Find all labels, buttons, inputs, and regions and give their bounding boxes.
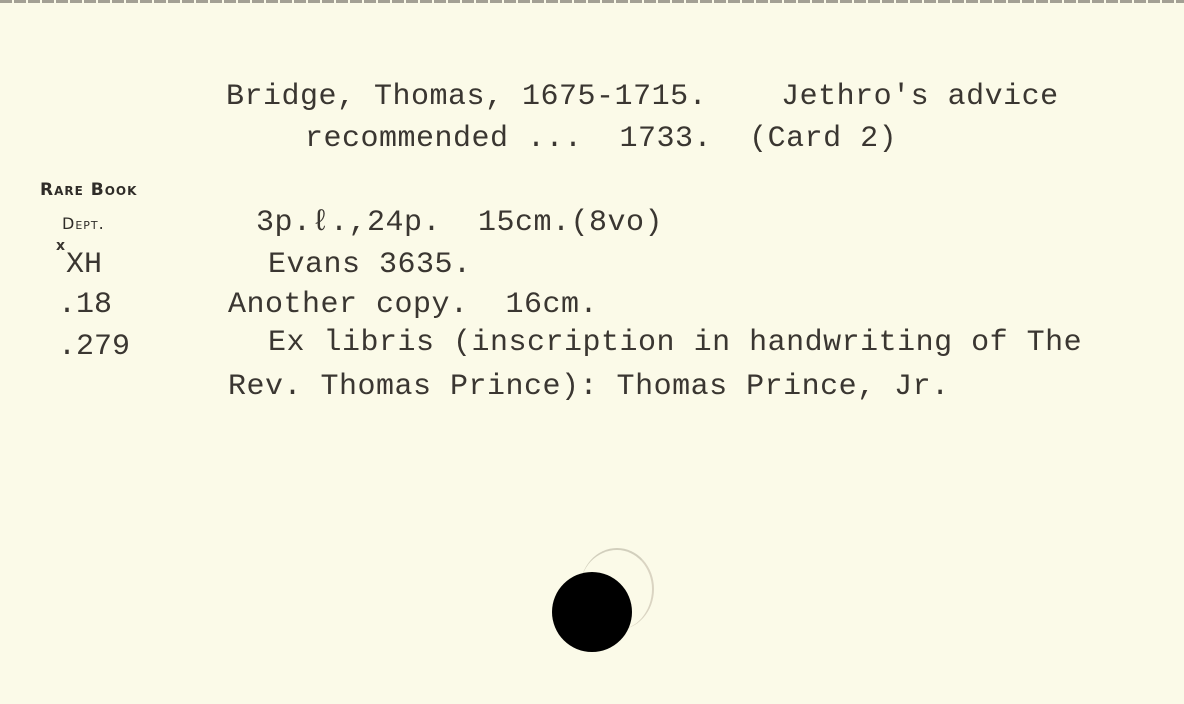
heading-line-2: recommended ... 1733. (Card 2) — [305, 122, 897, 156]
collation-line: 3p.ℓ.,24p. 15cm.(8vo) — [256, 206, 663, 240]
call-number-part-2: .18 — [58, 288, 112, 322]
punch-hole — [552, 572, 632, 652]
call-number-mark: x — [56, 238, 65, 254]
call-number-part-3: .279 — [58, 330, 130, 364]
call-number-part-1: XH — [66, 248, 102, 282]
dept-stamp-line-1: Rare Book — [40, 180, 137, 200]
ex-libris-line-2: Rev. Thomas Prince): Thomas Prince, Jr. — [228, 370, 950, 404]
dept-stamp-line-2: Dept. — [62, 214, 105, 233]
reference-line: Evans 3635. — [268, 248, 472, 282]
ex-libris-line-1: Ex libris (inscription in handwriting of… — [268, 326, 1082, 360]
card-top-edge — [0, 0, 1184, 3]
heading-line-1: Bridge, Thomas, 1675-1715. Jethro's advi… — [226, 80, 1059, 114]
another-copy-line: Another copy. 16cm. — [228, 288, 598, 322]
catalog-card: Bridge, Thomas, 1675-1715. Jethro's advi… — [0, 0, 1184, 704]
